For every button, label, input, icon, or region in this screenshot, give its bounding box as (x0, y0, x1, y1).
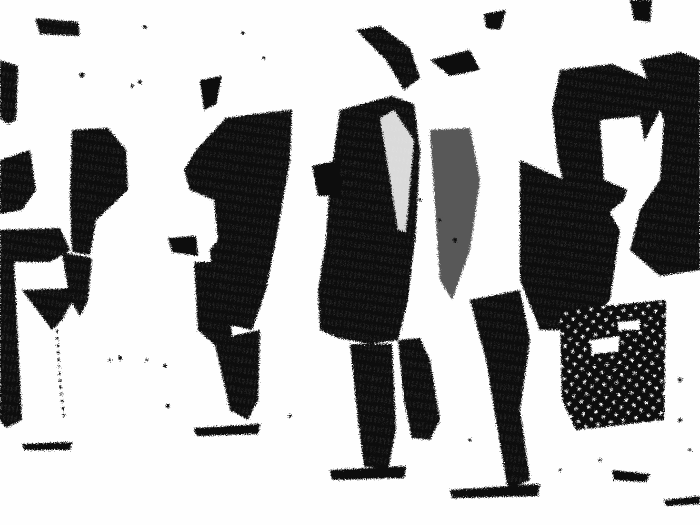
artwork-canvas (0, 0, 700, 525)
marker-drawing-artwork (0, 0, 700, 525)
